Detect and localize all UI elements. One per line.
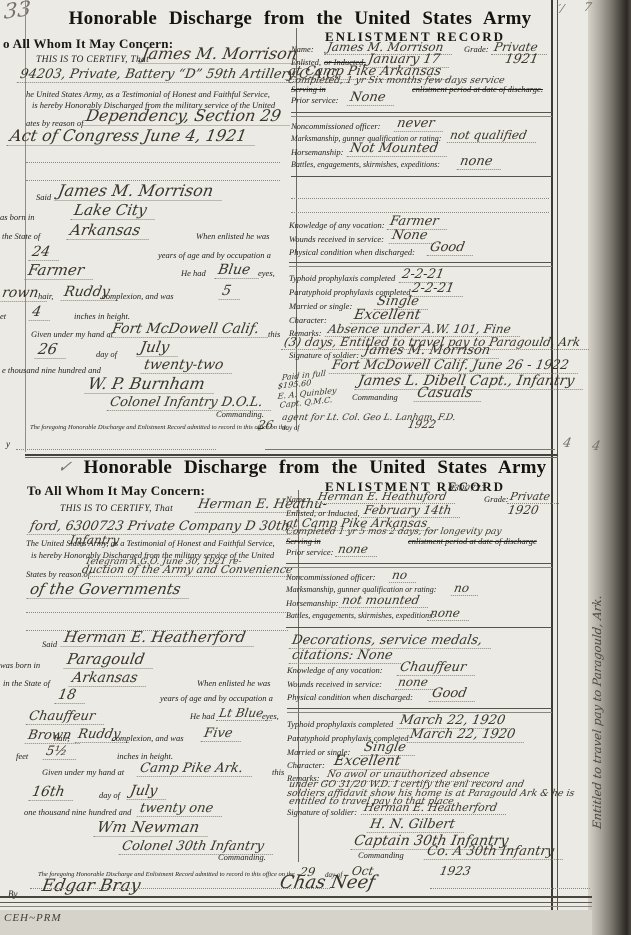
er-physical-label: Physical condition when discharged:	[287, 693, 413, 702]
record-separator-rule	[25, 454, 558, 456]
stray-mark-3: 4	[562, 437, 573, 450]
reason-hand-1: Dependency, Section 29	[82, 108, 292, 126]
eyes-value: Blue	[215, 263, 262, 279]
er-decorations-line-2: citations: None	[289, 649, 404, 664]
height-feet-value: Five	[201, 727, 244, 742]
section-rule	[286, 567, 552, 568]
given-label: Given under my hand at	[31, 330, 113, 339]
er-wounds-label: Wounds received in service:	[289, 235, 384, 244]
er-horsemanship-value: not mounted	[339, 594, 431, 608]
er-officer-signature: H. N. Gilbert	[367, 818, 466, 833]
born-value: Lake City	[71, 203, 158, 220]
er-nco-label: Noncommissioned officer:	[291, 122, 380, 131]
er-vocation-label: Knowledge of any vocation:	[287, 666, 383, 675]
state-label: in the State of	[3, 679, 50, 688]
er-commanding-unit: Co. A 30th Infantry	[424, 845, 565, 860]
given-place-value: Fort McDowell Calif.	[109, 322, 271, 338]
er-prior-value: none	[335, 543, 379, 557]
born-value: Paragould	[64, 652, 156, 669]
er-serving-struck-1: Serving in	[286, 537, 321, 546]
section-rule	[289, 262, 552, 263]
by-label: y	[6, 440, 10, 449]
er-name-label: Name:	[291, 45, 314, 54]
record2-title: Honorable Discharge from the United Stat…	[55, 457, 575, 479]
er-serving-struck-2: enlistment period at date of discharge.	[412, 85, 543, 94]
body-line-1: The United States Army, as a Testimonial…	[26, 539, 275, 548]
inches-label: inches in height.	[117, 752, 173, 761]
year-word-value: twenty-two	[141, 358, 235, 374]
stray-mark-2: 7	[583, 1, 593, 13]
height-inches-value: 4	[29, 305, 53, 321]
given-place-value: Camp Pike Ark.	[137, 762, 254, 777]
said-name: Herman E. Heatherford	[61, 630, 257, 647]
er-physical-value: Good	[429, 687, 478, 702]
recorded-day-value: 26	[257, 419, 274, 431]
margin-vertical-note: Entitled to travel pay to Paragould, Ark…	[592, 468, 606, 836]
he-had-label: He had	[190, 712, 215, 721]
said-label: Said	[36, 193, 51, 202]
age-label: years of age and by occupation a	[158, 251, 271, 260]
feet-label: et	[0, 312, 6, 321]
er-prior-label: Prior service:	[286, 548, 333, 557]
er-marksmanship-value: no	[451, 582, 480, 596]
er-battles-value: none	[427, 607, 471, 621]
he-had-label: He had	[181, 269, 206, 278]
scanned-discharge-page: Entitled to travel pay to Paragould, Ark…	[0, 0, 631, 935]
blank-rule	[26, 612, 288, 613]
this-label: this	[268, 330, 280, 339]
er-commanding-label: Commanding	[358, 851, 404, 860]
er-signature-label: Signature of soldier:	[287, 808, 357, 817]
commanding-label: Commanding.	[216, 410, 264, 419]
said-name: James M. Morrison	[54, 183, 224, 201]
er-vocation-value: Chauffeur	[397, 661, 478, 676]
year-label: one thousand nine hundred and	[24, 808, 131, 817]
complexion-label: complexion, and was	[112, 734, 184, 743]
age-value: 24	[29, 245, 62, 261]
foregoing-line: The foregoing Honorable Discharge and En…	[30, 425, 287, 432]
section-rule	[287, 708, 552, 709]
footer-code: CEH~PRM	[4, 913, 62, 924]
when-enlisted-label: When enlisted he was	[197, 679, 270, 688]
section-rule	[286, 627, 552, 628]
eyes-label: eyes,	[262, 712, 279, 721]
er-serving-struck-2: enlistment period at date of discharge	[408, 537, 537, 546]
soldier-name-script: James M. Morrison	[138, 46, 308, 64]
day-of-label: day of	[96, 350, 117, 359]
state-value: Arkansas	[67, 223, 152, 240]
er-grade-label: Grade:	[464, 45, 489, 54]
occupation-value: Farmer	[25, 263, 96, 280]
er-prior-label: Prior service:	[291, 96, 338, 105]
state-label: the State of	[2, 232, 40, 241]
rule-line	[430, 888, 590, 889]
by-signature: Edgar Bray	[41, 878, 142, 895]
er-typhoid-label: Typhoid prophylaxis completed	[289, 274, 395, 283]
reason-hand-2: Act of Congress June 4, 1921	[6, 128, 258, 146]
reason-hand-2: of the Governments	[27, 582, 192, 599]
er-physical-label: Physical condition when discharged:	[289, 248, 415, 257]
by-signature-rule	[30, 888, 330, 889]
body-line-1: he United States Army, as a Testimonial …	[26, 90, 270, 99]
said-label: Said	[42, 640, 57, 649]
er-decorations-line-1: Decorations, service medals,	[289, 634, 494, 649]
reason-hand-1: duction of the Army and Convenience	[79, 564, 304, 577]
er-marksmanship-value: not qualified	[447, 129, 538, 143]
section-rule	[286, 563, 552, 564]
hair-label: hair,	[54, 734, 69, 743]
er-serial-value: 6300723	[447, 485, 486, 494]
month-value: July	[127, 784, 169, 800]
er-vocation-label: Knowledge of any vocation:	[289, 221, 385, 230]
er-grade-label: Grade:	[484, 495, 509, 504]
day-of-label: day of	[99, 791, 120, 800]
rule-line	[265, 449, 555, 450]
when-enlisted-label: When enlisted he was	[196, 232, 269, 241]
corner-page-number: 33	[3, 0, 31, 23]
er-battles-label: Battles, engagements, skirmishes, expedi…	[291, 161, 440, 169]
unit-line: ford, 6300723 Private Company D 30th	[27, 520, 301, 535]
height-feet-value: 5	[219, 284, 243, 300]
er-enlisted-year: 1921	[504, 53, 539, 66]
er-serving-struck-1: Serving in	[291, 85, 326, 94]
er-battles-label: Battles, engagements, skirmishes, expedi…	[286, 612, 435, 620]
section-rule	[291, 176, 552, 177]
er-character-label: Character:	[287, 761, 325, 770]
height-inches-value: 5½	[43, 745, 79, 760]
er-signature-value: James M. Morrison	[361, 344, 502, 359]
er-character-label: Character:	[289, 316, 327, 325]
er-nco-label: Noncommissioned officer:	[286, 573, 375, 582]
er-horsemanship-label: Horsemanship:	[286, 599, 338, 608]
certify-label: THIS IS TO CERTIFY, That	[36, 56, 149, 66]
er-name-label: Name:	[286, 495, 309, 504]
record1-title: Honorable Discharge from the United Stat…	[40, 8, 560, 30]
section-rule	[291, 112, 552, 113]
er-wounds-label: Wounds received in service:	[287, 680, 382, 689]
age-label: years of age and by occupation a	[160, 694, 273, 703]
blank-rule	[26, 162, 280, 163]
certify-label: THIS IS TO CERTIFY, That	[60, 505, 173, 515]
margin-note-text: Entitled to travel pay to Paragould, Ark…	[592, 594, 604, 829]
given-label: Given under my hand at	[42, 768, 124, 777]
er-character-value: Excellent	[331, 754, 412, 770]
er-signature-value: Herman E. Heatherford	[361, 802, 508, 815]
born-label: was born in	[0, 661, 40, 670]
feet-label: feet	[16, 752, 28, 761]
age-value: 18	[55, 688, 88, 704]
er-signature-place: Fort McDowell Calif. June 26 - 1922	[329, 359, 580, 374]
day-value: 26	[35, 342, 69, 359]
complexion-label: complexion, and was	[102, 292, 174, 301]
signer-signature: W. P. Burnham	[84, 376, 216, 394]
er-battles-value: none	[457, 155, 504, 170]
by-signature-rule	[16, 449, 216, 450]
recorded-year-value: 1922	[407, 419, 437, 430]
er-horsemanship-value: Not Mounted	[347, 142, 449, 157]
hair-label: hair,	[38, 292, 53, 301]
er-married-label: Married or single:	[289, 302, 352, 311]
record2-salutation: To All Whom It May Concern:	[27, 483, 205, 499]
er-commanding-unit: Casuals	[414, 386, 484, 402]
er-physical-value: Good	[427, 241, 476, 256]
occupation-value: Chauffeur	[26, 710, 107, 725]
bottom-rule	[0, 902, 592, 903]
recorded-year-value: 1923	[439, 865, 472, 877]
bottom-heavy-rule	[0, 896, 592, 898]
inches-label: inches in height.	[74, 312, 130, 321]
bottom-scan-band	[0, 910, 592, 935]
blank-rule	[291, 198, 549, 199]
er-paratyphoid-value: March 22, 1920	[407, 728, 527, 743]
year-label: e thousand nine hundred and	[2, 366, 101, 375]
state-value: Arkansas	[69, 671, 149, 687]
er-horsemanship-label: Horsemanship:	[291, 148, 343, 157]
this-label: this	[272, 768, 284, 777]
er-enlisted-year: 1920	[507, 504, 540, 516]
bottom-rule-faint	[0, 906, 592, 907]
eyes-label: eyes,	[258, 269, 275, 278]
er-nco-value: never	[394, 117, 446, 132]
born-label: as born in	[0, 213, 34, 222]
year-word-value: twenty one	[137, 802, 225, 817]
commanding-label: Commanding.	[218, 853, 266, 862]
day-value: 16th	[29, 785, 76, 801]
blank-rule	[291, 212, 549, 213]
er-prior-value: None	[347, 91, 397, 106]
er-commanding-label: Commanding	[352, 393, 398, 402]
recorded-day-of-label: day of	[282, 425, 299, 432]
clerk-signature: Chas Neef	[278, 874, 376, 892]
er-nco-value: no	[389, 569, 418, 583]
signer-signature: Wm Newman	[94, 820, 211, 837]
month-value: July	[137, 340, 181, 357]
er-typhoid-label: Typhoid prophylaxis completed	[287, 720, 393, 729]
